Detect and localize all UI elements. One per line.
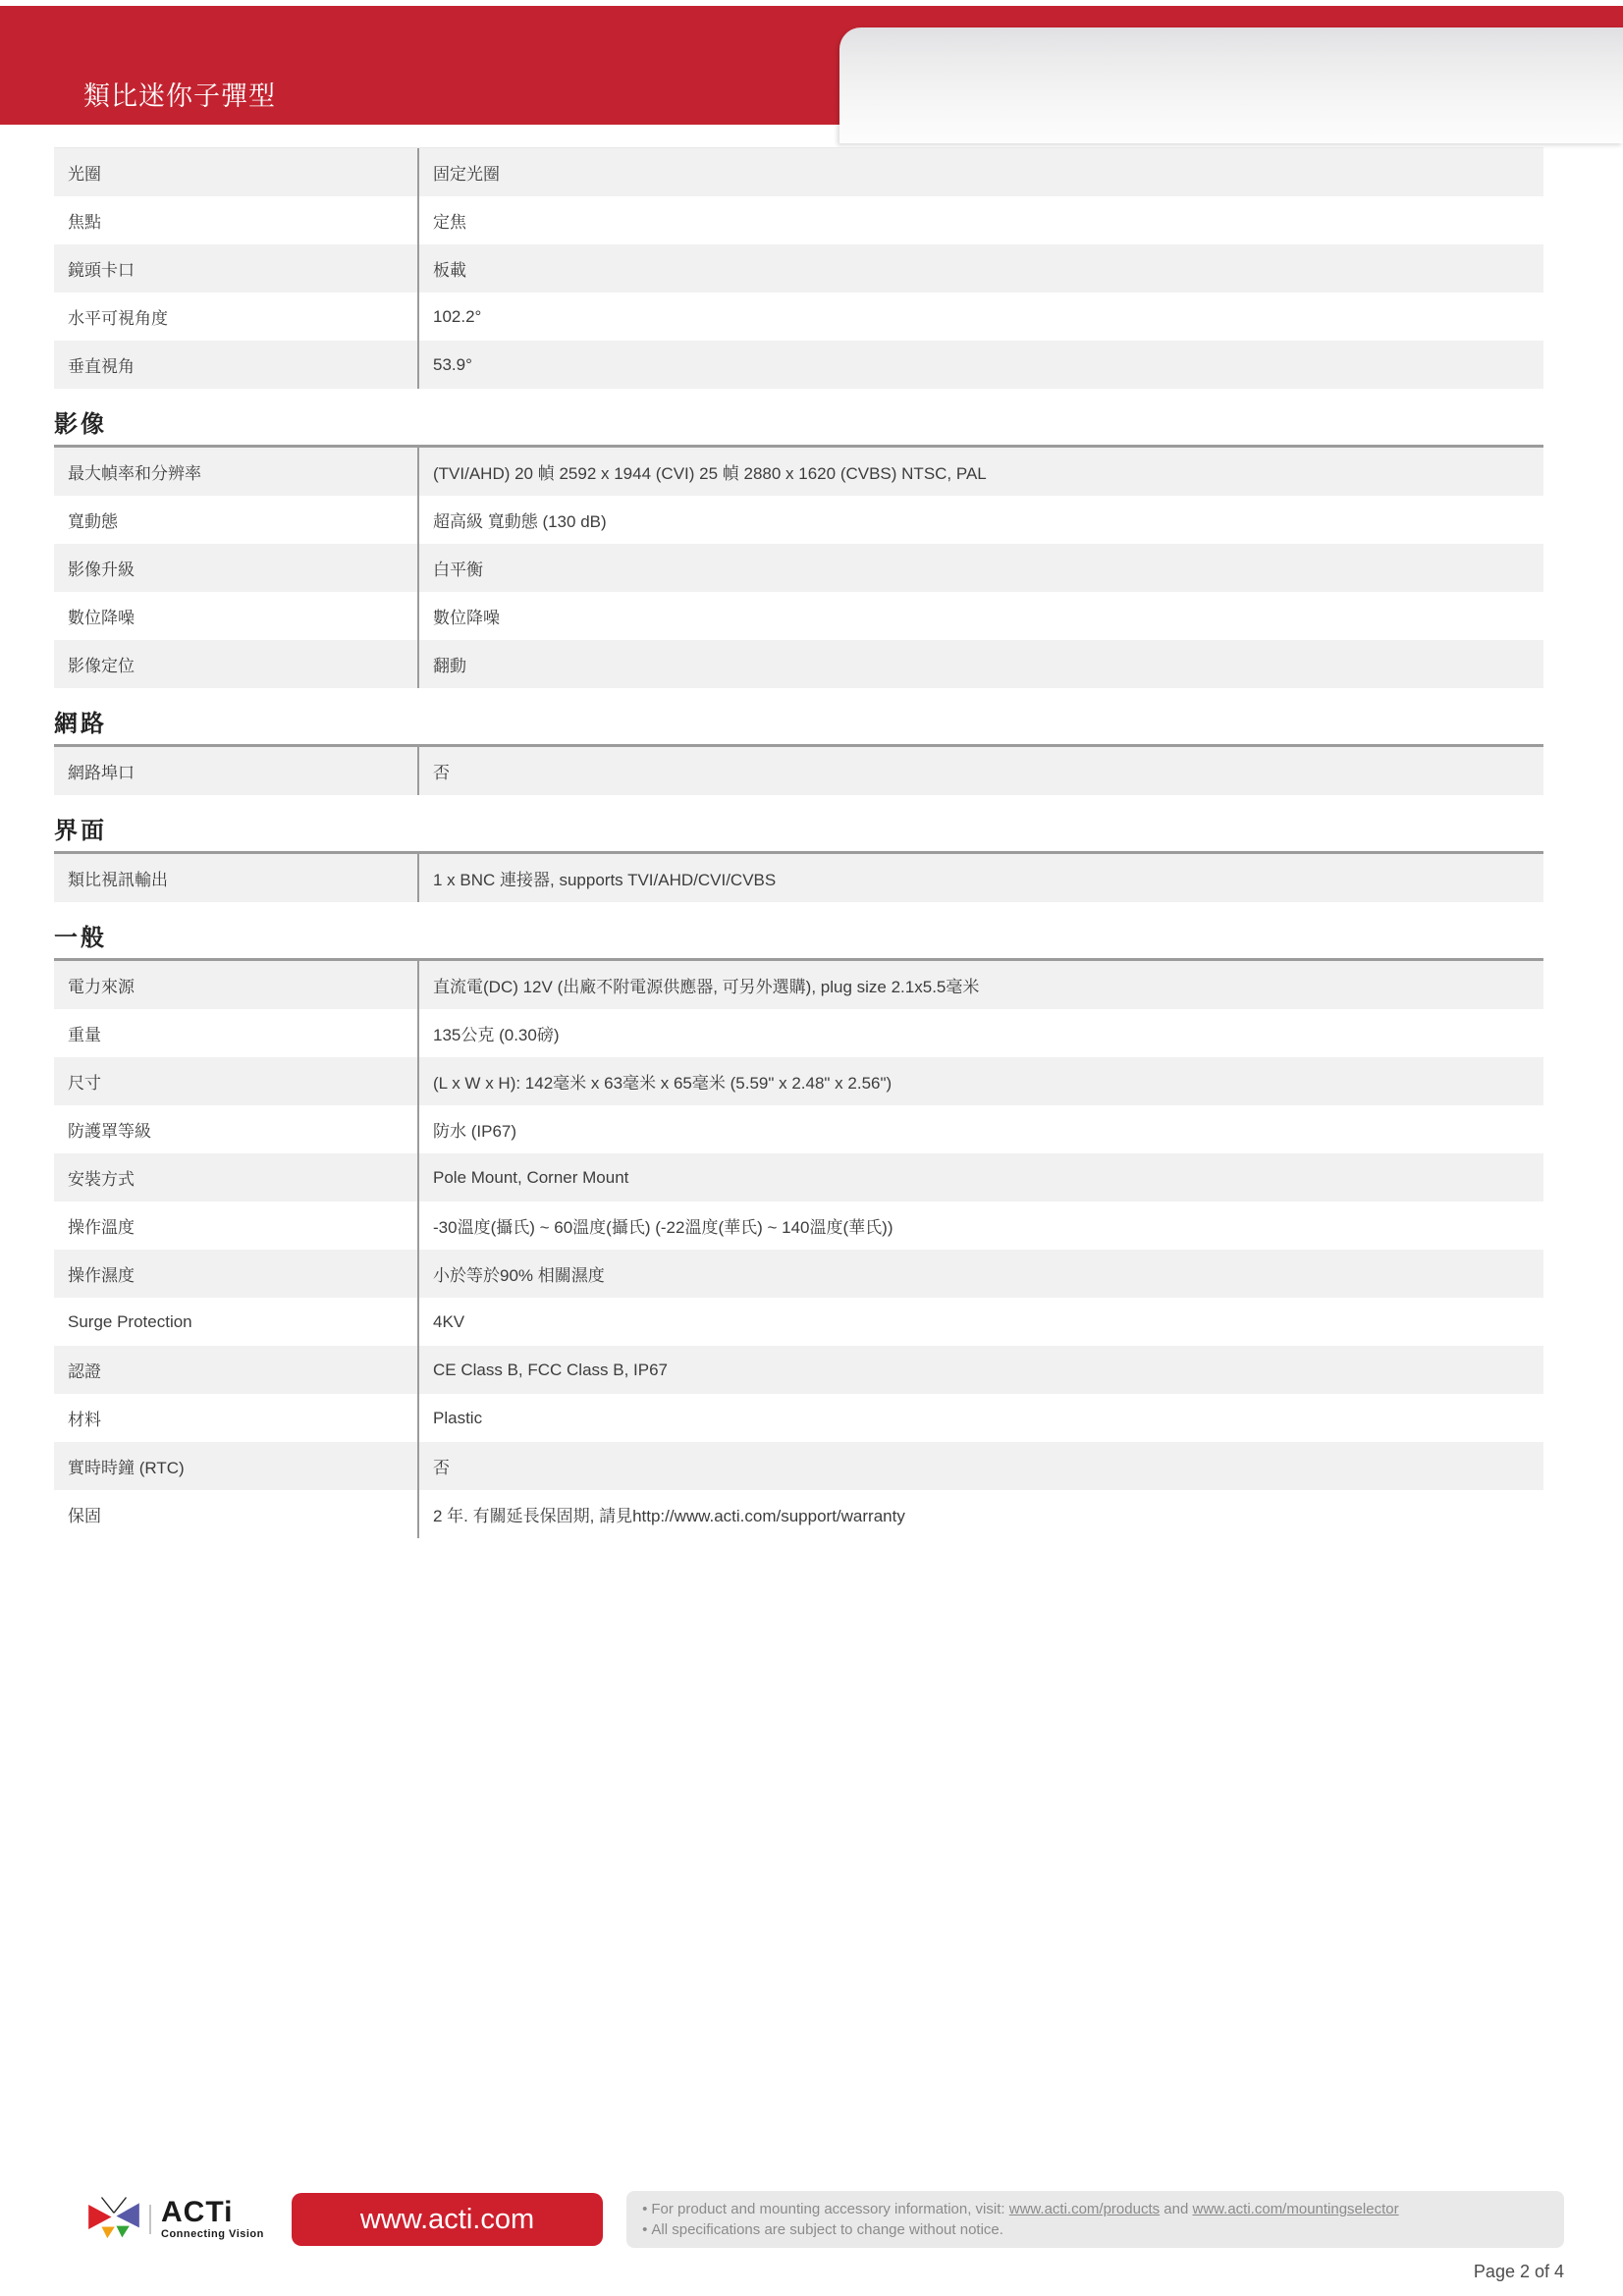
spec-label: 安裝方式 [54,1165,417,1190]
spec-label: 網路埠口 [54,759,417,783]
spec-label: 操作濕度 [54,1261,417,1286]
spec-table: 網路埠口否 [54,747,1543,795]
spec-value: 135公克 (0.30磅) [417,1021,560,1045]
footer-note-2: •All specifications are subject to chang… [642,2219,1548,2240]
spec-value: Plastic [417,1409,482,1428]
spec-row: 光圈固定光圈 [54,148,1543,196]
bullet-icon: • [642,2201,647,2217]
spec-table: 類比視訊輸出1 x BNC 連接器, supports TVI/AHD/CVI/… [54,854,1543,902]
spec-section: 界面類比視訊輸出1 x BNC 連接器, supports TVI/AHD/CV… [54,811,1543,902]
spec-section: 光圈固定光圈焦點定焦鏡頭卡口板載水平可視角度102.2°垂直視角53.9° [54,147,1543,389]
spec-row: 影像升級白平衡 [54,544,1543,592]
section-title: 網路 [54,704,1543,738]
website-button[interactable]: www.acti.com [292,2193,603,2246]
spec-value: 2 年. 有關延長保固期, 請見http://www.acti.com/supp… [417,1502,905,1526]
spec-label: 影像升級 [54,556,417,580]
spec-label: 保固 [54,1502,417,1526]
acti-logo: ACTi Connecting Vision [86,2195,264,2244]
spec-row: 焦點定焦 [54,196,1543,244]
spec-row: 防護罩等級防水 (IP67) [54,1105,1543,1153]
spec-label: 數位降噪 [54,604,417,628]
brand-block: ACTi Connecting Vision [161,2199,264,2240]
spec-row: 最大幀率和分辨率(TVI/AHD) 20 幀 2592 x 1944 (CVI)… [54,448,1543,496]
spec-label: 尺寸 [54,1069,417,1094]
spec-row: 垂直視角53.9° [54,341,1543,389]
spec-value: 定焦 [417,208,466,233]
spec-value: -30溫度(攝氏) ~ 60溫度(攝氏) (-22溫度(華氏) ~ 140溫度(… [417,1213,893,1238]
spec-row: 數位降噪數位降噪 [54,592,1543,640]
spec-row: 寬動態超高級 寬動態 (130 dB) [54,496,1543,544]
spec-row: 網路埠口否 [54,747,1543,795]
logo-separator [149,2205,151,2234]
spec-row: 尺寸(L x W x H): 142毫米 x 63毫米 x 65毫米 (5.59… [54,1057,1543,1105]
spec-value: 超高級 寬動態 (130 dB) [417,507,607,532]
note2-text: All specifications are subject to change… [651,2221,1003,2238]
spec-label: 材料 [54,1406,417,1430]
spec-value: 53.9° [417,355,472,375]
footer-notes: •For product and mounting accessory info… [626,2191,1564,2248]
spec-row: Surge Protection4KV [54,1298,1543,1346]
page-title: 類比迷你子彈型 [83,75,276,113]
spec-section: 網路網路埠口否 [54,704,1543,795]
note1-text: For product and mounting accessory infor… [651,2201,1008,2217]
spec-value: 否 [417,1454,450,1478]
spec-value: Pole Mount, Corner Mount [417,1168,628,1188]
spec-value: (TVI/AHD) 20 幀 2592 x 1944 (CVI) 25 幀 28… [417,459,987,484]
spec-label: Surge Protection [54,1312,417,1332]
section-title: 界面 [54,811,1543,845]
bullet-icon: • [642,2221,647,2238]
spec-value: 小於等於90% 相關濕度 [417,1261,605,1286]
spec-label: 操作溫度 [54,1213,417,1238]
spec-table: 光圈固定光圈焦點定焦鏡頭卡口板載水平可視角度102.2°垂直視角53.9° [54,147,1543,389]
spec-row: 操作溫度-30溫度(攝氏) ~ 60溫度(攝氏) (-22溫度(華氏) ~ 14… [54,1201,1543,1250]
page-number: Page 2 of 4 [86,2262,1564,2282]
spec-row: 影像定位翻動 [54,640,1543,688]
spec-value: 1 x BNC 連接器, supports TVI/AHD/CVI/CVBS [417,866,776,890]
spec-value: 否 [417,759,450,783]
brand-tagline: Connecting Vision [161,2228,264,2240]
spec-row: 重量135公克 (0.30磅) [54,1009,1543,1057]
spec-row: 材料Plastic [54,1394,1543,1442]
section-title: 影像 [54,404,1543,439]
spec-table: 最大幀率和分辨率(TVI/AHD) 20 幀 2592 x 1944 (CVI)… [54,448,1543,688]
spec-row: 操作濕度小於等於90% 相關濕度 [54,1250,1543,1298]
spec-row: 認證CE Class B, FCC Class B, IP67 [54,1346,1543,1394]
spec-value: 102.2° [417,307,481,327]
spec-value: 板載 [417,256,466,281]
spec-label: 防護罩等級 [54,1117,417,1142]
products-link[interactable]: www.acti.com/products [1009,2201,1160,2217]
spec-label: 類比視訊輸出 [54,866,417,890]
spec-value: 4KV [417,1312,464,1332]
mountingselector-link[interactable]: www.acti.com/mountingselector [1193,2201,1399,2217]
spec-section: 一般電力來源直流電(DC) 12V (出廠不附電源供應器, 可另外選購), pl… [54,918,1543,1538]
section-title: 一般 [54,918,1543,952]
spec-value: (L x W x H): 142毫米 x 63毫米 x 65毫米 (5.59" … [417,1069,892,1094]
spec-label: 焦點 [54,208,417,233]
spec-label: 實時時鐘 (RTC) [54,1454,417,1478]
spec-value: 白平衡 [417,556,483,580]
spec-label: 寬動態 [54,507,417,532]
spec-value: 固定光圈 [417,160,500,185]
spec-row: 保固2 年. 有關延長保固期, 請見http://www.acti.com/su… [54,1490,1543,1538]
spec-label: 垂直視角 [54,352,417,377]
spec-row: 實時時鐘 (RTC)否 [54,1442,1543,1490]
spec-label: 最大幀率和分辨率 [54,459,417,484]
spec-label: 影像定位 [54,652,417,676]
butterfly-logo-icon [86,2195,141,2244]
spec-row: 電力來源直流電(DC) 12V (出廠不附電源供應器, 可另外選購), plug… [54,961,1543,1009]
spec-row: 鏡頭卡口板載 [54,244,1543,293]
spec-label: 光圈 [54,160,417,185]
header-rounded-card [839,27,1623,143]
spec-value: CE Class B, FCC Class B, IP67 [417,1361,668,1380]
spec-value: 數位降噪 [417,604,500,628]
footer-main: ACTi Connecting Vision www.acti.com •For… [86,2191,1564,2248]
spec-label: 鏡頭卡口 [54,256,417,281]
spec-row: 類比視訊輸出1 x BNC 連接器, supports TVI/AHD/CVI/… [54,854,1543,902]
spec-row: 安裝方式Pole Mount, Corner Mount [54,1153,1543,1201]
spec-value: 翻動 [417,652,466,676]
spec-table: 電力來源直流電(DC) 12V (出廠不附電源供應器, 可另外選購), plug… [54,961,1543,1538]
spec-value: 防水 (IP67) [417,1117,516,1142]
spec-label: 水平可視角度 [54,304,417,329]
spec-label: 認證 [54,1358,417,1382]
spec-label: 重量 [54,1021,417,1045]
spec-value: 直流電(DC) 12V (出廠不附電源供應器, 可另外選購), plug siz… [417,973,979,997]
spec-label: 電力來源 [54,973,417,997]
note1-and: and [1160,2201,1192,2217]
spec-row: 水平可視角度102.2° [54,293,1543,341]
spec-section: 影像最大幀率和分辨率(TVI/AHD) 20 幀 2592 x 1944 (CV… [54,404,1543,688]
footer: ACTi Connecting Vision www.acti.com •For… [0,2191,1623,2282]
brand-name: ACTi [161,2199,264,2226]
spec-sections: 光圈固定光圈焦點定焦鏡頭卡口板載水平可視角度102.2°垂直視角53.9°影像最… [54,147,1543,1538]
footer-note-1: •For product and mounting accessory info… [642,2199,1548,2219]
